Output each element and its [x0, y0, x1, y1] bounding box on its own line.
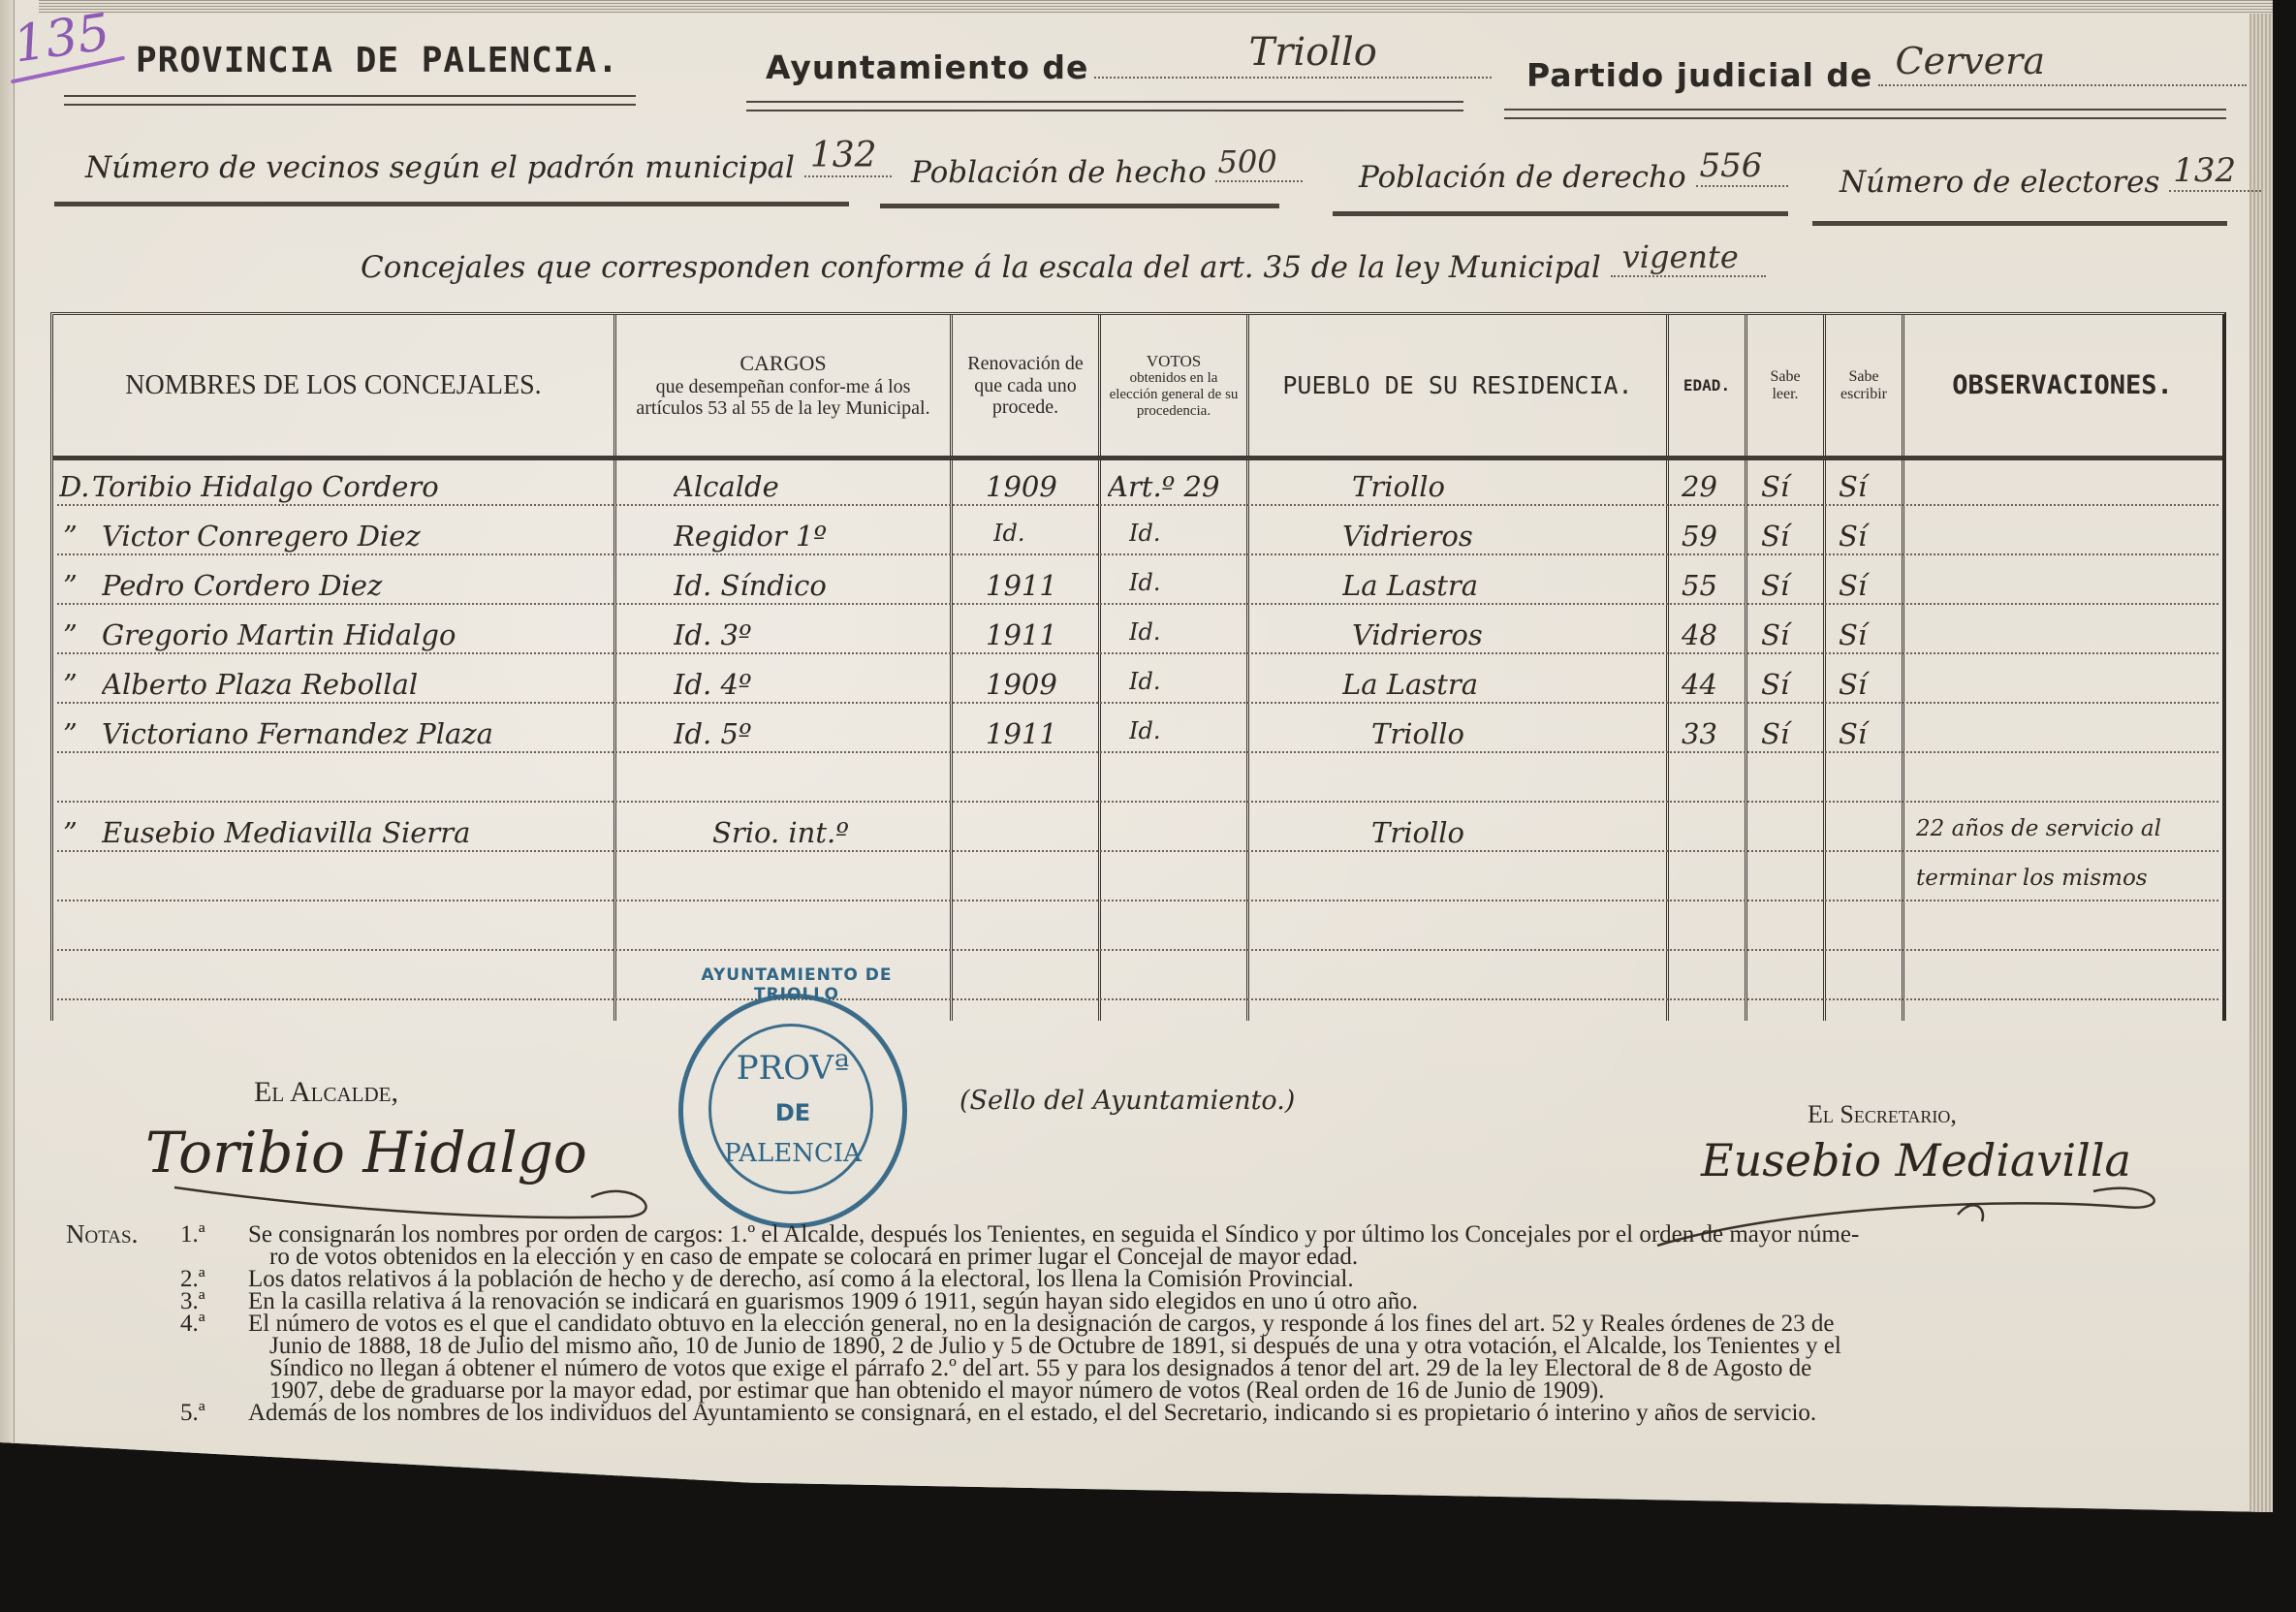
header-votos-label: VOTOS — [1147, 352, 1201, 370]
concejales-dots: vigente — [1611, 274, 1766, 277]
cell-observaciones: terminar los mismos — [1916, 866, 2217, 891]
concejales-value: vigente — [1622, 238, 1739, 275]
cell-nombre: Gregorio Martin Hidalgo — [102, 618, 606, 651]
hecho-value: 500 — [1217, 143, 1276, 180]
note-4: 4.ª El número de votos es el que el cand… — [66, 1312, 2198, 1402]
cell-nombre: Pedro Cordero Diez — [102, 569, 606, 602]
secretario-label: El Secretario, — [1808, 1100, 1957, 1129]
row-prefix: D. — [59, 470, 88, 503]
hecho-field: Población de hecho 500 — [911, 155, 1303, 190]
vecinos-label: Número de vecinos según el padrón munici… — [85, 150, 795, 185]
header-edad-label: EDAD. — [1683, 377, 1730, 395]
header-observaciones-label: OBSERVACIONES. — [1952, 371, 2173, 400]
header-pueblo: PUEBLO DE SU RESIDENCIA. — [1249, 321, 1666, 451]
header-rule — [64, 95, 636, 106]
page-stack-edge — [2249, 0, 2273, 1570]
note-line: Síndico no llegan á obtener el número de… — [248, 1357, 2198, 1379]
cell-cargo: Srio. int.º — [712, 816, 945, 849]
electores-dots: 132 — [2169, 189, 2261, 192]
derecho-value: 556 — [1700, 146, 1763, 185]
cell-edad: 29 — [1682, 470, 1740, 503]
cell-cargo: Regidor 1º — [674, 520, 945, 553]
ayuntamiento-field: Ayuntamiento de Triollo — [766, 48, 1492, 86]
page-binding-edge — [0, 0, 15, 1551]
row-prefix: ” — [63, 569, 92, 602]
note-line: 1907, debe de graduarse por la mayor eda… — [248, 1379, 2198, 1402]
electores-field: Número de electores 132 — [1840, 165, 2261, 200]
cell-votos: Id. — [1129, 717, 1236, 744]
derecho-label: Población de derecho — [1359, 160, 1686, 195]
header-escribir-label: Sabe escribir — [1832, 368, 1896, 403]
cell-leer: Sí — [1761, 470, 1819, 503]
stats-rule — [880, 204, 1279, 208]
row-prefix: ” — [63, 816, 92, 849]
cell-votos: Id. — [1129, 668, 1236, 695]
note-line: Además de los nombres de los individuos … — [248, 1402, 2198, 1424]
note-line: Se consignarán los nombres por orden de … — [248, 1223, 2198, 1246]
note-number: 4.ª — [180, 1312, 205, 1335]
ayuntamiento-label: Ayuntamiento de — [766, 48, 1088, 86]
cell-renovacion: Id. — [993, 520, 1090, 547]
cell-pueblo: Vidrieros — [1352, 618, 1662, 651]
note-line: El número de votos es el que el candidat… — [248, 1312, 2198, 1335]
document-page: 135 PROVINCIA DE PALENCIA. Ayuntamiento … — [0, 0, 2273, 1551]
ayuntamiento-stamp: PROVª DE PALENCIA AYUNTAMIENTO DE TRIOLL… — [678, 994, 907, 1228]
stats-rule — [1333, 211, 1788, 216]
cell-renovacion: 1911 — [986, 569, 1092, 602]
row-line — [57, 801, 2218, 803]
header-nombres: NOMBRES DE LOS CONCEJALES. — [53, 321, 613, 451]
table-row: ” Victoriano Fernandez Plaza Id. 5º 1911… — [53, 717, 2222, 756]
ayuntamiento-value: Triollo — [1249, 30, 1377, 75]
header-renovacion-label: Renovación de que cada uno procede. — [959, 353, 1092, 418]
stamp-line-2: DE — [683, 1099, 902, 1126]
derecho-field: Población de derecho 556 — [1359, 160, 1788, 195]
cell-cargo: Alcalde — [674, 470, 945, 503]
note-number: 2.ª — [180, 1268, 205, 1290]
header-renovacion: Renovación de que cada uno procede. — [953, 321, 1098, 451]
concejales-table: NOMBRES DE LOS CONCEJALES. CARGOS que de… — [50, 312, 2226, 1021]
table-row: ” Victor Conregero Diez Regidor 1º Id. I… — [53, 520, 2222, 558]
vecinos-value: 132 — [810, 136, 877, 175]
note-line: En la casilla relativa á la renovación s… — [248, 1290, 2198, 1312]
note-line: Junio de 1888, 18 de Julio del mismo año… — [248, 1335, 2198, 1357]
cell-pueblo: La Lastra — [1342, 569, 1652, 602]
concejales-line: Concejales que corresponden conforme á l… — [361, 250, 1766, 285]
cell-cargo: Id. 4º — [674, 668, 945, 701]
header-votos: VOTOS obtenidos en la elección general d… — [1101, 321, 1246, 451]
cell-edad: 48 — [1682, 618, 1740, 651]
stamp-line-1: PROVª — [683, 1049, 902, 1088]
cell-escribir: Sí — [1839, 470, 1897, 503]
cell-edad: 59 — [1682, 520, 1740, 553]
header-cargos: CARGOS que desempeñan confor-me á los ar… — [616, 321, 950, 451]
ayuntamiento-dots: Triollo — [1094, 76, 1492, 79]
stats-rule — [1812, 221, 2227, 226]
row-prefix: ” — [63, 618, 92, 651]
cell-leer: Sí — [1761, 717, 1819, 750]
partido-value: Cervera — [1896, 40, 2046, 82]
cell-edad: 33 — [1682, 717, 1740, 750]
cell-leer: Sí — [1761, 569, 1819, 602]
note-5: 5.ª Además de los nombres de los individ… — [66, 1402, 2198, 1424]
page-top-edge — [39, 0, 2296, 14]
header-leer-label: Sabe leer. — [1761, 368, 1809, 403]
header-observaciones: OBSERVACIONES. — [1904, 321, 2220, 451]
note-3: 3.ª En la casilla relativa á la renovaci… — [66, 1290, 2198, 1312]
notes-section: Notas. 1.ª Se consignarán los nombres po… — [66, 1223, 2198, 1424]
cell-renovacion: 1909 — [986, 668, 1092, 701]
province-title: PROVINCIA DE PALENCIA. — [136, 41, 619, 80]
partido-dots: Cervera — [1878, 83, 2247, 86]
cell-pueblo: La Lastra — [1342, 668, 1652, 701]
cell-nombre: Victor Conregero Diez — [102, 520, 606, 553]
electores-value: 132 — [2173, 151, 2236, 190]
cell-escribir: Sí — [1839, 717, 1897, 750]
header-nombres-label: NOMBRES DE LOS CONCEJALES. — [125, 370, 541, 400]
cell-pueblo: Triollo — [1371, 816, 1662, 849]
vecinos-field: Número de vecinos según el padrón munici… — [85, 150, 892, 185]
stats-rule — [54, 202, 849, 206]
note-number: 1.ª — [180, 1223, 205, 1246]
cell-edad: 55 — [1682, 569, 1740, 602]
note-number: 5.ª — [180, 1402, 205, 1424]
header-cargos-label: CARGOS — [739, 352, 826, 376]
row-prefix: ” — [63, 717, 92, 750]
alcalde-label: El Alcalde, — [254, 1076, 398, 1109]
table-header-rule — [53, 456, 2222, 460]
cell-leer: Sí — [1761, 668, 1819, 701]
cell-observaciones: 22 años de servicio al — [1916, 816, 2217, 841]
header-pueblo-label: PUEBLO DE SU RESIDENCIA. — [1282, 372, 1632, 399]
partido-label: Partido judicial de — [1526, 56, 1872, 94]
cell-votos: Id. — [1129, 520, 1236, 547]
concejales-label: Concejales que corresponden conforme á l… — [361, 250, 1601, 285]
notes-label: Notas. — [66, 1223, 138, 1246]
cell-cargo: Id. 3º — [674, 618, 945, 651]
derecho-dots: 556 — [1696, 184, 1788, 187]
row-line — [57, 998, 2218, 1000]
table-row: D. Toribio Hidalgo Cordero Alcalde 1909 … — [53, 470, 2222, 509]
note-line: ro de votos obtenidos en la elección y e… — [248, 1246, 2198, 1268]
hecho-label: Población de hecho — [911, 155, 1207, 190]
note-2: 2.ª Los datos relativos á la población d… — [66, 1268, 2198, 1290]
cell-votos: Id. — [1129, 569, 1236, 596]
row-line — [57, 949, 2218, 951]
header-leer: Sabe leer. — [1747, 321, 1823, 451]
cell-pueblo: Vidrieros — [1342, 520, 1652, 553]
cell-pueblo: Triollo — [1352, 470, 1662, 503]
cell-escribir: Sí — [1839, 569, 1897, 602]
cell-renovacion: 1911 — [986, 618, 1092, 651]
stamp-line-3: PALENCIA — [683, 1139, 902, 1168]
partido-field: Partido judicial de Cervera — [1526, 56, 2247, 94]
note-1: Notas. 1.ª Se consignarán los nombres po… — [66, 1223, 2198, 1268]
table-row: terminar los mismos — [53, 866, 2222, 904]
cell-nombre: Toribio Hidalgo Cordero — [92, 470, 606, 503]
cell-nombre: Victoriano Fernandez Plaza — [102, 717, 606, 750]
table-row: ” Alberto Plaza Rebollal Id. 4º 1909 Id.… — [53, 668, 2222, 707]
header-rule — [746, 101, 1463, 111]
cell-escribir: Sí — [1839, 618, 1897, 651]
row-prefix: ” — [63, 520, 92, 553]
cell-votos: Art.º 29 — [1108, 470, 1243, 503]
electores-label: Número de electores — [1840, 165, 2159, 200]
cell-nombre: Alberto Plaza Rebollal — [102, 668, 606, 701]
cell-escribir: Sí — [1839, 520, 1897, 553]
cell-leer: Sí — [1761, 618, 1819, 651]
cell-escribir: Sí — [1839, 668, 1897, 701]
vecinos-dots: 132 — [804, 174, 892, 177]
cell-renovacion: 1911 — [986, 717, 1092, 750]
note-number: 3.ª — [180, 1290, 205, 1312]
cell-renovacion: 1909 — [986, 470, 1092, 503]
hecho-dots: 500 — [1215, 179, 1303, 182]
cell-nombre: Eusebio Mediavilla Sierra — [102, 816, 606, 849]
table-row: ” Pedro Cordero Diez Id. Síndico 1911 Id… — [53, 569, 2222, 608]
stamp-ring-text: AYUNTAMIENTO DE TRIOLLO — [676, 965, 918, 1004]
cell-leer: Sí — [1761, 520, 1819, 553]
cell-votos: Id. — [1129, 618, 1236, 646]
cell-edad: 44 — [1682, 668, 1740, 701]
note-line: Los datos relativos á la población de he… — [248, 1268, 2198, 1290]
cell-cargo: Id. 5º — [674, 717, 945, 750]
cell-pueblo: Triollo — [1371, 717, 1662, 750]
header-edad: EDAD. — [1669, 321, 1745, 451]
table-row: ” Gregorio Martin Hidalgo Id. 3º 1911 Id… — [53, 618, 2222, 657]
row-prefix: ” — [63, 668, 92, 701]
table-row-secretario: ” Eusebio Mediavilla Sierra Srio. int.º … — [53, 816, 2222, 855]
cell-cargo: Id. Síndico — [674, 569, 945, 602]
header-escribir: Sabe escribir — [1826, 321, 1902, 451]
header-cargos-sublabel: que desempeñan confor-me á los artículos… — [622, 376, 944, 420]
header-rule — [1504, 109, 2226, 119]
sello-label: (Sello del Ayuntamiento.) — [959, 1086, 1295, 1116]
header-votos-sublabel: obtenidos en la elección general de su p… — [1105, 370, 1242, 419]
